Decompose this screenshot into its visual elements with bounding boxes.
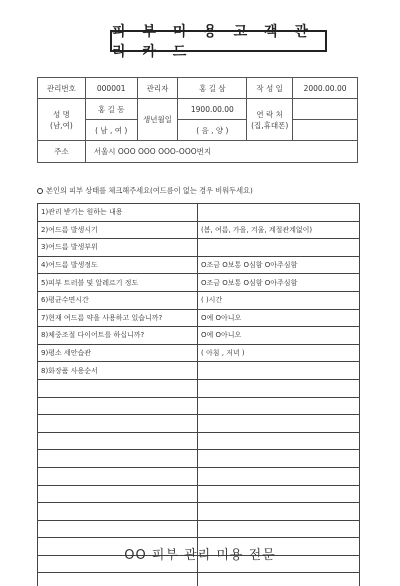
survey-row: 9)평소 세안습관( 아침 , 저녁 ) xyxy=(38,344,360,362)
survey-answer-field[interactable] xyxy=(198,573,360,586)
mgmt-no-label: 관리번호 xyxy=(38,78,86,99)
name-label-line2: (남,여) xyxy=(38,120,85,131)
survey-answer-field[interactable]: O예 O아니오 xyxy=(198,327,360,345)
survey-question xyxy=(38,450,198,468)
manager-field[interactable]: 홍 길 삼 xyxy=(178,78,247,99)
name-label: 성 명 (남,여) xyxy=(38,99,86,141)
survey-answer-field[interactable] xyxy=(198,467,360,485)
birth-field[interactable]: 1900.00.00 xyxy=(178,99,247,120)
calendar-type-field[interactable]: ( 음 , 양 ) xyxy=(178,120,247,141)
card-title: 피 부 미 용 고 객 관 리 카 드 xyxy=(110,30,327,52)
survey-question xyxy=(38,573,198,586)
survey-question: 4)여드름 발생정도 xyxy=(38,256,198,274)
survey-answer-field[interactable] xyxy=(198,450,360,468)
address-label: 주소 xyxy=(38,141,86,163)
survey-answer-field[interactable] xyxy=(198,397,360,415)
survey-answer-field[interactable] xyxy=(198,520,360,538)
survey-row xyxy=(38,485,360,503)
bullet-icon xyxy=(37,188,43,194)
survey-answer-field[interactable] xyxy=(198,239,360,257)
date-field[interactable]: 2000.00.00 xyxy=(293,78,358,99)
survey-row: 7)현재 여드름 약을 사용하고 있습니까?O예 O아니오 xyxy=(38,309,360,327)
survey-row xyxy=(38,415,360,433)
survey-question xyxy=(38,379,198,397)
survey-question: 9)평소 세안습관 xyxy=(38,344,198,362)
notice-text: 본인의 피부 상태를 체크해주세요(여드름이 없는 경우 비워두세요) xyxy=(46,186,253,196)
survey-question: 5)피부 트러블 및 알레르기 정도 xyxy=(38,274,198,292)
survey-answer-field[interactable] xyxy=(198,379,360,397)
survey-answer-field[interactable]: ( 아침 , 저녁 ) xyxy=(198,344,360,362)
contact-label-line1: 연 락 처 xyxy=(247,109,292,120)
survey-answer-field[interactable] xyxy=(198,204,360,222)
survey-row xyxy=(38,520,360,538)
survey-row: 6)평균수면시간( )시간 xyxy=(38,291,360,309)
survey-row xyxy=(38,467,360,485)
survey-answer-field[interactable]: O조금 O보통 O심함 O아주심함 xyxy=(198,256,360,274)
survey-row: 2)여드름 발생시기(봄, 여름, 가을, 겨울, 계절관계없이) xyxy=(38,221,360,239)
birth-label: 생년월일 xyxy=(137,99,178,141)
survey-answer-field[interactable]: O조금 O보통 O심함 O아주심함 xyxy=(198,274,360,292)
customer-info-table: 관리번호 000001 관리자 홍 길 삼 작 성 일 2000.00.00 성… xyxy=(37,77,358,163)
name-label-line1: 성 명 xyxy=(38,109,85,120)
survey-answer-field[interactable] xyxy=(198,485,360,503)
survey-question xyxy=(38,467,198,485)
survey-row: 4)여드름 발생정도O조금 O보통 O심함 O아주심함 xyxy=(38,256,360,274)
manager-label: 관리자 xyxy=(137,78,178,99)
survey-question: 7)현재 여드름 약을 사용하고 있습니까? xyxy=(38,309,198,327)
survey-question: 8)화장품 사용순서 xyxy=(38,362,198,380)
survey-answer-field[interactable] xyxy=(198,415,360,433)
survey-answer-field[interactable]: ( )시간 xyxy=(198,291,360,309)
survey-row xyxy=(38,450,360,468)
survey-question xyxy=(38,503,198,521)
survey-row: 1)관리 받기는 원하는 내용 xyxy=(38,204,360,222)
survey-question: 6)평균수면시간 xyxy=(38,291,198,309)
footer-shop-name: OO 피부 관리 미용 전문 xyxy=(0,544,400,563)
survey-row xyxy=(38,397,360,415)
date-label: 작 성 일 xyxy=(247,78,293,99)
survey-question xyxy=(38,415,198,433)
address-field[interactable]: 서울시 OOO OOO OOO-OOO번지 xyxy=(85,141,357,163)
survey-question xyxy=(38,485,198,503)
survey-row: 8)화장품 사용순서 xyxy=(38,362,360,380)
survey-question: 8)체중조절 다이어트를 하십니까? xyxy=(38,327,198,345)
contact-mobile-field[interactable] xyxy=(293,120,358,141)
survey-row xyxy=(38,573,360,586)
survey-question: 1)관리 받기는 원하는 내용 xyxy=(38,204,198,222)
survey-question xyxy=(38,397,198,415)
survey-question: 3)여드름 발생부위 xyxy=(38,239,198,257)
contact-label-line2: (집,휴대폰) xyxy=(247,120,292,131)
skin-check-notice: 본인의 피부 상태를 체크해주세요(여드름이 없는 경우 비워두세요) xyxy=(37,186,253,196)
survey-row: 5)피부 트러블 및 알레르기 정도O조금 O보통 O심함 O아주심함 xyxy=(38,274,360,292)
skin-survey-table: 1)관리 받기는 원하는 내용2)여드름 발생시기(봄, 여름, 가을, 겨울,… xyxy=(37,203,360,586)
survey-row xyxy=(38,432,360,450)
survey-row: 8)체중조절 다이어트를 하십니까?O예 O아니오 xyxy=(38,327,360,345)
contact-label: 연 락 처 (집,휴대폰) xyxy=(247,99,293,141)
mgmt-no-field[interactable]: 000001 xyxy=(85,78,137,99)
survey-row: 3)여드름 발생부위 xyxy=(38,239,360,257)
name-field[interactable]: 홍 길 동 xyxy=(85,99,137,120)
gender-field[interactable]: ( 남 , 여 ) xyxy=(85,120,137,141)
survey-answer-field[interactable] xyxy=(198,432,360,450)
survey-answer-field[interactable]: (봄, 여름, 가을, 겨울, 계절관계없이) xyxy=(198,221,360,239)
survey-question xyxy=(38,432,198,450)
survey-answer-field[interactable] xyxy=(198,362,360,380)
survey-answer-field[interactable] xyxy=(198,503,360,521)
survey-row xyxy=(38,503,360,521)
survey-row xyxy=(38,379,360,397)
survey-question: 2)여드름 발생시기 xyxy=(38,221,198,239)
contact-home-field[interactable] xyxy=(293,99,358,120)
survey-question xyxy=(38,520,198,538)
survey-answer-field[interactable]: O예 O아니오 xyxy=(198,309,360,327)
